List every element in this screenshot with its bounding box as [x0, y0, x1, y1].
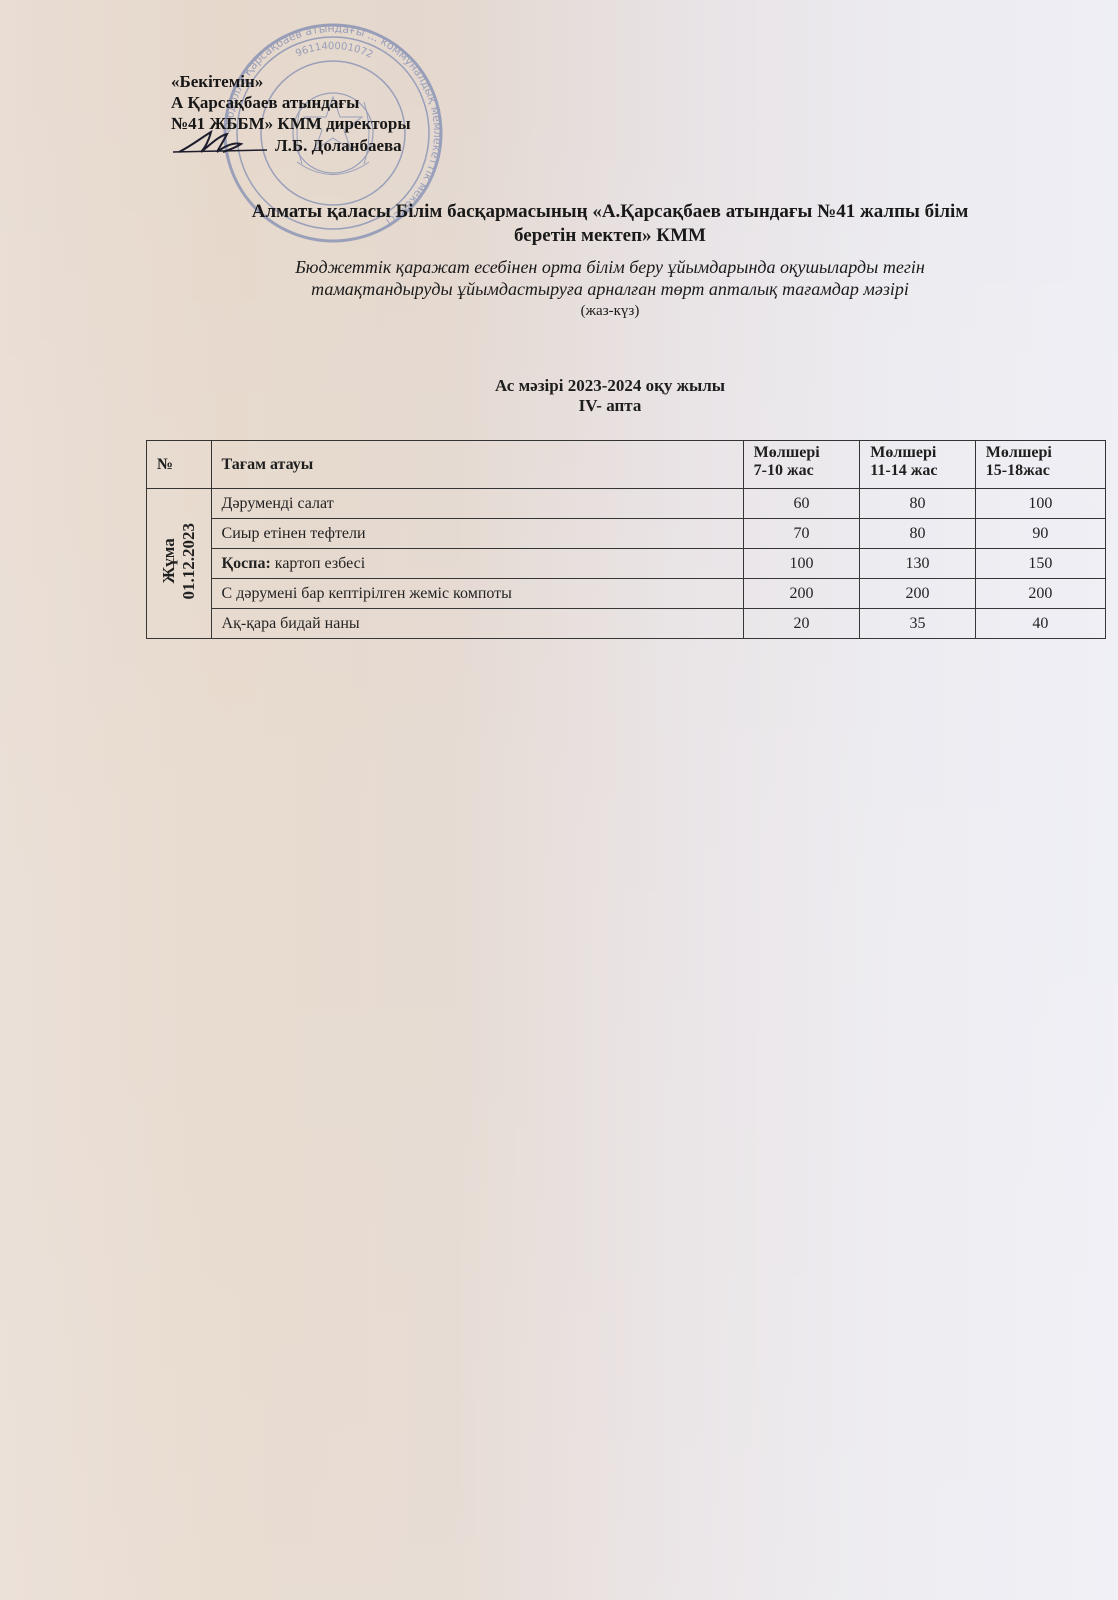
portion-7-10: 20 — [743, 609, 860, 639]
dish-name-text: Дәруменді салат — [222, 495, 334, 512]
age-range: 11-14 жас — [870, 462, 964, 480]
weekday: Жұма — [159, 523, 179, 600]
table-row: С дәрумені бар кептірілген жеміс компоты… — [147, 579, 1106, 609]
portion-7-10: 100 — [743, 549, 860, 579]
table-row: Жұма 01.12.2023 Дәруменді салат 60 80 10… — [147, 489, 1106, 519]
dish-prefix: Қоспа: — [222, 555, 271, 572]
column-header-number: № — [147, 441, 212, 489]
table-header-row: № Тағам атауы Мөлшері 7-10 жас Мөлшері 1… — [147, 441, 1106, 489]
menu-title: Ас мәзірі 2023-2024 оқу жылы IV- апта — [300, 376, 920, 416]
subtitle-line-1: Бюджеттік қаражат есебінен орта білім бе… — [160, 256, 1060, 278]
season-label: (жаз-күз) — [160, 302, 1060, 320]
portion-11-14: 130 — [860, 549, 975, 579]
organization-title-line-1: Алматы қаласы Білім басқармасының «А.Қар… — [160, 200, 1060, 224]
approval-school-name: А Қарсақбаев атындағы — [171, 92, 411, 113]
svg-text:961140001072: 961140001072 — [294, 41, 374, 61]
signatory-name: Л.Б. Доланбаева — [275, 135, 402, 156]
organization-title: Алматы қаласы Білім басқармасының «А.Қар… — [160, 200, 1060, 248]
column-header-portion-15-18: Мөлшері 15-18жас — [975, 441, 1105, 489]
age-range: 15-18жас — [986, 462, 1095, 480]
organization-title-line-2: беретін мектеп» КММ — [160, 224, 1060, 248]
subtitle-line-2: тамақтандыруды ұйымдастыруға арналған тө… — [160, 278, 1060, 300]
approval-block: «Бекітемін» А Қарсақбаев атындағы №41 ЖБ… — [171, 71, 411, 156]
menu-year: Ас мәзірі 2023-2024 оқу жылы — [300, 376, 920, 396]
portion-11-14: 200 — [860, 579, 975, 609]
portion-label: Мөлшері — [986, 444, 1095, 462]
portion-7-10: 60 — [743, 489, 860, 519]
portion-15-18: 100 — [975, 489, 1105, 519]
approval-heading: «Бекітемін» — [171, 71, 411, 92]
column-header-portion-11-14: Мөлшері 11-14 жас — [860, 441, 975, 489]
table-row: Сиыр етінен тефтели 70 80 90 — [147, 519, 1106, 549]
dish-name-text: Ақ-қара бидай наны — [222, 615, 360, 632]
day-cell: Жұма 01.12.2023 — [147, 489, 212, 639]
portion-15-18: 40 — [975, 609, 1105, 639]
signature-icon — [171, 134, 271, 156]
date: 01.12.2023 — [179, 523, 199, 600]
dish-name-text: Сиыр етінен тефтели — [222, 525, 366, 542]
portion-15-18: 90 — [975, 519, 1105, 549]
dish-name: Дәруменді салат — [211, 489, 743, 519]
portion-11-14: 35 — [860, 609, 975, 639]
menu-week: IV- апта — [300, 396, 920, 416]
portion-label: Мөлшері — [870, 444, 964, 462]
table-row: Қоспа: картоп езбесі 100 130 150 — [147, 549, 1106, 579]
column-header-dish-name: Тағам атауы — [211, 441, 743, 489]
dish-name: С дәрумені бар кептірілген жеміс компоты — [211, 579, 743, 609]
menu-table: № Тағам атауы Мөлшері 7-10 жас Мөлшері 1… — [146, 440, 1106, 639]
dish-name: Сиыр етінен тефтели — [211, 519, 743, 549]
portion-11-14: 80 — [860, 519, 975, 549]
document-subtitle: Бюджеттік қаражат есебінен орта білім бе… — [160, 256, 1060, 300]
dish-name: Қоспа: картоп езбесі — [211, 549, 743, 579]
portion-15-18: 150 — [975, 549, 1105, 579]
dish-name-text: картоп езбесі — [271, 555, 365, 572]
portion-7-10: 70 — [743, 519, 860, 549]
portion-7-10: 200 — [743, 579, 860, 609]
column-header-portion-7-10: Мөлшері 7-10 жас — [743, 441, 860, 489]
dish-name: Ақ-қара бидай наны — [211, 609, 743, 639]
portion-label: Мөлшері — [754, 444, 850, 462]
portion-15-18: 200 — [975, 579, 1105, 609]
portion-11-14: 80 — [860, 489, 975, 519]
table-row: Ақ-қара бидай наны 20 35 40 — [147, 609, 1106, 639]
age-range: 7-10 жас — [754, 462, 850, 480]
dish-name-text: С дәрумені бар кептірілген жеміс компоты — [222, 585, 512, 602]
